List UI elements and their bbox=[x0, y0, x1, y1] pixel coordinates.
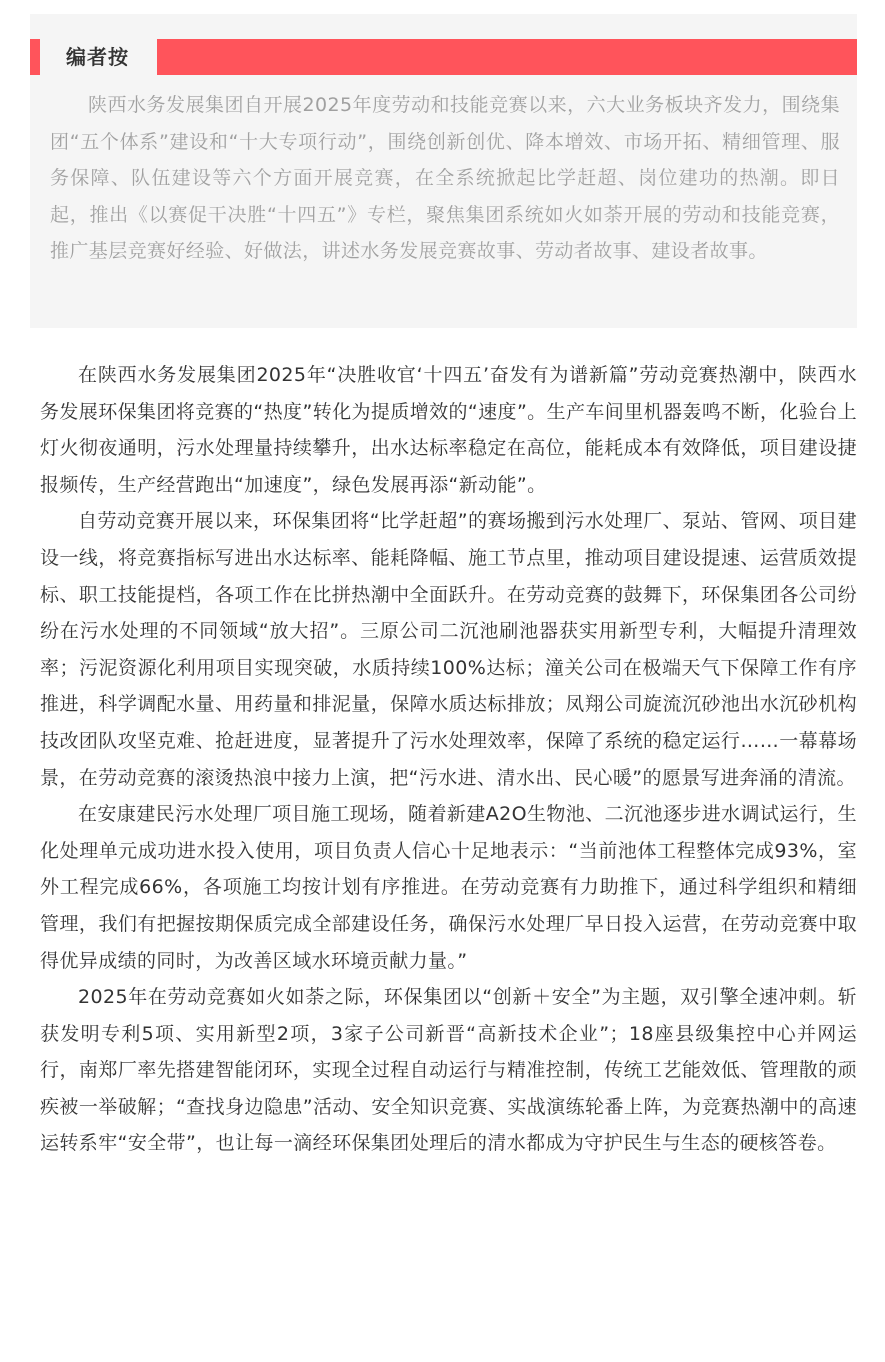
article-body: 在陕西水务发展集团2025年“决胜收官‘十四五’奋发有为谱新篇”劳动竞赛热潮中，… bbox=[40, 357, 857, 1162]
article-paragraph: 自劳动竞赛开展以来，环保集团将“比学赶超”的赛场搬到污水处理厂、泵站、管网、项目… bbox=[40, 503, 857, 796]
article-paragraph: 2025年在劳动竞赛如火如荼之际，环保集团以“创新＋安全”为主题，双引擎全速冲刺… bbox=[40, 979, 857, 1162]
editor-note-header: 编者按 bbox=[30, 39, 857, 75]
editor-note-text: 陕西水务发展集团自开展2025年度劳动和技能竞赛以来，六大业务板块齐发力，围绕集… bbox=[50, 87, 840, 270]
article-paragraph: 在陕西水务发展集团2025年“决胜收官‘十四五’奋发有为谱新篇”劳动竞赛热潮中，… bbox=[40, 357, 857, 503]
editor-note-label: 编者按 bbox=[66, 39, 129, 75]
editor-note-banner-bar bbox=[157, 39, 857, 75]
editor-note-label-box: 编者按 bbox=[40, 39, 157, 75]
editor-note-box: 编者按 陕西水务发展集团自开展2025年度劳动和技能竞赛以来，六大业务板块齐发力… bbox=[30, 14, 857, 328]
editor-note-accent-bar bbox=[30, 39, 40, 75]
article-paragraph: 在安康建民污水处理厂项目施工现场，随着新建A2O生物池、二沉池逐步进水调试运行，… bbox=[40, 796, 857, 979]
